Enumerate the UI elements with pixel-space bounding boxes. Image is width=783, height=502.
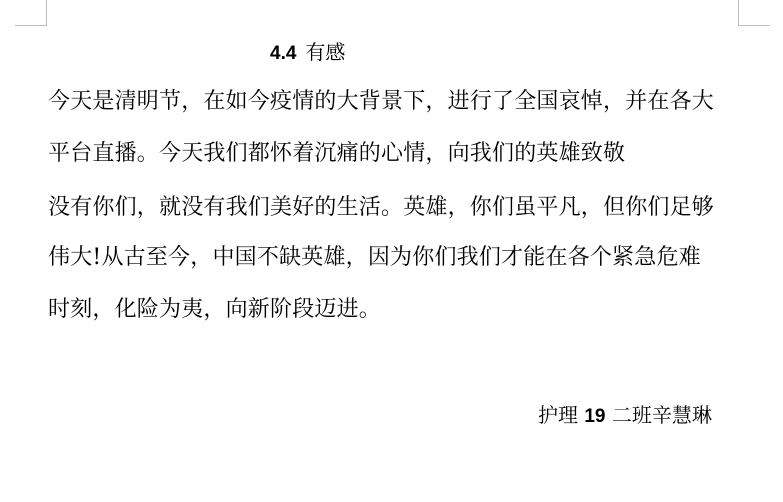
paragraph-line-1: 今天是清明节，在如今疫情的大背景下，进行了全国哀悼，并在各大: [48, 87, 714, 117]
paragraph-line-4: 伟大!从古至今，中国不缺英雄，因为你们我们才能在各个紧急危难: [48, 243, 701, 273]
paragraph-line-3: 没有你们，就没有我们美好的生活。英雄，你们虽平凡，但你们足够: [48, 193, 714, 223]
author-signature: 护理 19 二班辛慧琳: [538, 401, 712, 431]
signature-class-number: 19: [584, 406, 605, 427]
title-number: 4.4: [270, 43, 296, 64]
paragraph-line-5: 时刻，化险为夷，向新阶段迈进。: [48, 295, 381, 325]
paragraph-line-2: 平台直播。今天我们都怀着沉痛的心情，向我们的英雄致敬: [48, 139, 625, 169]
signature-prefix: 护理: [538, 403, 584, 427]
page-margin-corner-top-right: [738, 0, 770, 26]
document-title: 4.4有感: [270, 38, 345, 68]
page-margin-corner-top-left: [15, 0, 47, 26]
signature-suffix: 二班辛慧琳: [606, 403, 712, 427]
title-text: 有感: [305, 40, 345, 64]
